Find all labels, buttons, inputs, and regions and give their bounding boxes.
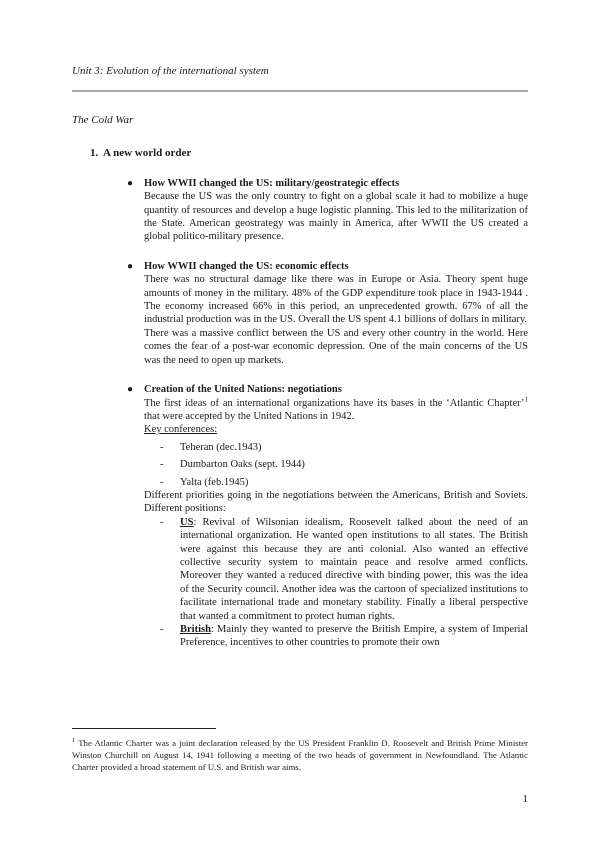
intro-text: The first ideas of an international orga… — [144, 398, 525, 409]
footnote-marker: 1 — [72, 737, 75, 744]
section-number: 1. — [90, 147, 103, 160]
footnote-reference: 1 — [525, 395, 529, 403]
header-rule — [72, 90, 528, 92]
bullet-body: How WWII changed the US: economic effect… — [144, 260, 528, 367]
position-paragraph: US: Revival of Wilsonian idealism, Roose… — [180, 516, 528, 623]
page-content: Unit 3: Evolution of the international s… — [0, 0, 600, 650]
bullet-united-nations: ● Creation of the United Nations: negoti… — [127, 383, 528, 650]
paragraph: There was no structural damage like ther… — [144, 273, 528, 327]
key-conferences-label: Key conferences: — [144, 423, 528, 436]
conference-item-dumbarton-oaks: - Dumbarton Oaks (sept. 1944) — [144, 458, 528, 471]
bullet-body: Creation of the United Nations: negotiat… — [144, 383, 528, 650]
conference-item-yalta: - Yalta (feb.1945) — [144, 476, 528, 489]
position-label: British — [180, 624, 211, 635]
conference-label: Dumbarton Oaks (sept. 1944) — [180, 458, 528, 471]
dash-icon: - — [160, 458, 180, 471]
conference-item-teheran: - Teheran (dec.1943) — [144, 441, 528, 454]
position-item-us: - US: Revival of Wilsonian idealism, Roo… — [144, 516, 528, 623]
conference-label: Teheran (dec.1943) — [180, 441, 528, 454]
document-page: Unit 3: Evolution of the international s… — [0, 0, 600, 848]
dash-icon: - — [160, 623, 180, 650]
section-title: A new world order — [103, 147, 191, 159]
bullet-icon: ● — [127, 177, 144, 244]
positions-intro: Different priorities going in the negoti… — [144, 489, 528, 516]
footnote-text: 1 The Atlantic Charter was a joint decla… — [72, 735, 528, 773]
bullet-title: Creation of the United Nations: negotiat… — [144, 383, 528, 396]
position-text: : Revival of Wilsonian idealism, Rooseve… — [180, 517, 528, 622]
section-heading: 1.A new world order — [72, 147, 528, 160]
paragraph: There was a massive conflict between the… — [144, 327, 528, 367]
bullet-title: How WWII changed the US: economic effect… — [144, 260, 528, 273]
doc-subtitle: The Cold War — [72, 114, 528, 127]
dash-icon: - — [160, 476, 180, 489]
intro-text: that were accepted by the United Nations… — [144, 411, 354, 422]
page-number: 1 — [523, 793, 529, 805]
footnote-separator — [72, 728, 216, 729]
dash-icon: - — [160, 516, 180, 623]
conference-label: Yalta (feb.1945) — [180, 476, 528, 489]
footnote-area: 1 The Atlantic Charter was a joint decla… — [72, 728, 528, 773]
bullet-economic-effects: ● How WWII changed the US: economic effe… — [127, 260, 528, 367]
paragraph: Because the US was the only country to f… — [144, 190, 528, 244]
position-label: US — [180, 517, 193, 528]
bullet-body: How WWII changed the US: military/geostr… — [144, 177, 528, 244]
doc-header-title: Unit 3: Evolution of the international s… — [72, 64, 528, 78]
bullet-icon: ● — [127, 383, 144, 650]
bullet-title: How WWII changed the US: military/geostr… — [144, 177, 528, 190]
position-text: : Mainly they wanted to preserve the Bri… — [180, 624, 528, 648]
bullet-military-effects: ● How WWII changed the US: military/geos… — [127, 177, 528, 244]
bullet-icon: ● — [127, 260, 144, 367]
position-paragraph: British: Mainly they wanted to preserve … — [180, 623, 528, 650]
paragraph-intro: The first ideas of an international orga… — [144, 397, 528, 424]
position-item-british: - British: Mainly they wanted to preserv… — [144, 623, 528, 650]
dash-icon: - — [160, 441, 180, 454]
